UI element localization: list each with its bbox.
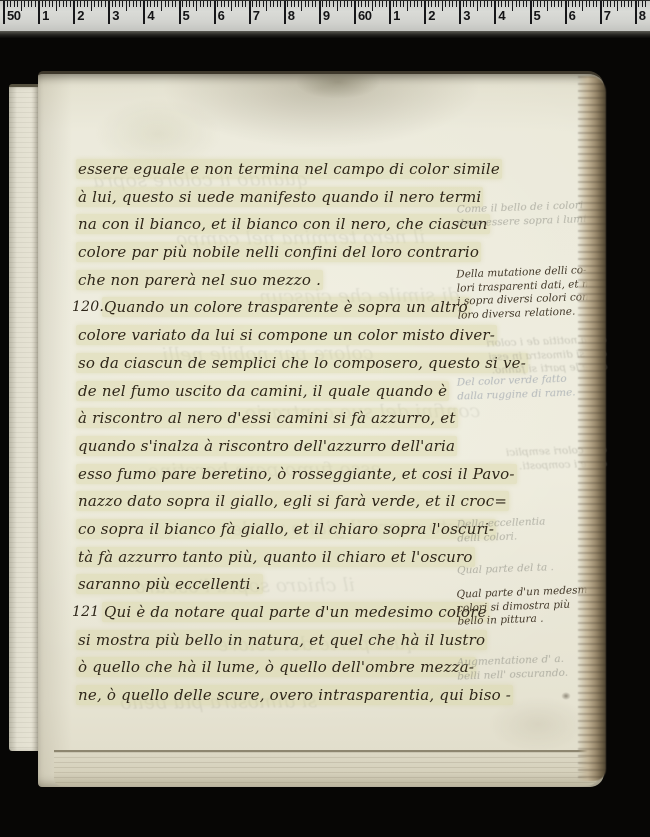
ruler-mm-tick: [133, 1, 134, 7]
ruler-mm-tick: [508, 1, 509, 7]
ruler-mm-tick: [59, 1, 60, 7]
ruler-mm-tick: [361, 1, 362, 7]
ruler-mm-tick: [572, 1, 573, 7]
ruler-mm-tick: [645, 1, 646, 7]
ruler-number: 5: [183, 8, 190, 23]
ruler-mm-tick: [631, 1, 632, 7]
ruler-mm-tick: [140, 1, 141, 7]
ruler-mm-tick: [403, 1, 404, 7]
ruler-mm-tick: [207, 1, 208, 7]
ruler-cm-tick: [249, 1, 251, 24]
ruler-mm-tick: [568, 1, 569, 7]
ruler-cm-tick: [284, 1, 286, 24]
ruler-mm-tick: [322, 1, 323, 7]
ruler-mm-tick: [238, 1, 239, 7]
manuscript-line: ne, ò quello delle scure, overo intraspa…: [76, 682, 484, 710]
ruler-cm-tick: [108, 1, 110, 24]
ruler-mm-tick: [277, 1, 278, 7]
ruler-number: 6: [218, 8, 225, 23]
ruler-mm-tick: [301, 1, 302, 11]
manuscript-line-text: si mostra più bello in natura, et quel c…: [76, 630, 487, 650]
ruler-mm-tick: [31, 1, 32, 7]
manuscript-line: quando s'inalza à riscontro dell'azzurro…: [76, 433, 484, 461]
ruler-mm-tick: [466, 1, 467, 7]
ruler-cm-tick: [354, 1, 356, 24]
ruler-mm-tick: [329, 1, 330, 7]
ruler-mm-tick: [414, 1, 415, 7]
ruler-mm-tick: [154, 1, 155, 7]
ruler-mm-tick: [628, 1, 629, 7]
ruler-mm-tick: [561, 1, 562, 7]
ruler-mm-tick: [147, 1, 148, 7]
ruler-mm-tick: [537, 1, 538, 7]
ruler-mm-tick: [298, 1, 299, 7]
ruler-mm-tick: [417, 1, 418, 7]
ruler-mm-tick: [49, 1, 50, 7]
manuscript-line: co sopra il bianco fà giallo, et il chia…: [76, 516, 484, 544]
ruler-mm-tick: [305, 1, 306, 7]
ruler-number: 2: [77, 8, 84, 23]
manuscript-line: ò quello che hà il lume, ò quello dell'o…: [76, 654, 484, 682]
ruler-mm-tick: [242, 1, 243, 7]
ruler-mm-tick: [449, 1, 450, 7]
ruler-cm-tick: [319, 1, 321, 24]
ruler-mm-tick: [10, 1, 11, 7]
ruler-mm-tick: [575, 1, 576, 7]
ruler-mm-tick: [386, 1, 387, 7]
ruler-mm-tick: [491, 1, 492, 7]
ruler-cm-tick: [38, 1, 40, 24]
manuscript-line-text: essere eguale e non termina nel campo di…: [76, 159, 502, 179]
ruler-mm-tick: [480, 1, 481, 7]
manuscript-line-text: colore variato da lui si compone un colo…: [76, 325, 497, 345]
ruler-mm-tick: [614, 1, 615, 7]
ruler-mm-tick: [519, 1, 520, 7]
ruler-cm-tick: [600, 1, 602, 24]
manuscript-line: saranno più eccellenti .: [76, 571, 484, 599]
ruler-mm-tick: [273, 1, 274, 7]
ruler-mm-tick: [112, 1, 113, 7]
ruler-mm-tick: [593, 1, 594, 7]
manuscript-line-text: che non parerà nel suo mezzo .: [76, 270, 323, 290]
ruler-mm-tick: [87, 1, 88, 7]
manuscript-line-text: Qui è da notare qual parte d'un medesimo…: [102, 602, 489, 622]
ruler-number: 4: [147, 8, 154, 23]
ruler-cm-tick: [73, 1, 75, 24]
ruler-mm-tick: [589, 1, 590, 7]
ruler-mm-tick: [136, 1, 137, 7]
ruler-mm-tick: [245, 1, 246, 7]
ruler-mm-tick: [228, 1, 229, 7]
ruler-mm-tick: [150, 1, 151, 7]
ruler-mm-tick: [382, 1, 383, 7]
manuscript-text-block: essere eguale e non termina nel campo di…: [76, 156, 484, 710]
ruler-mm-tick: [431, 1, 432, 7]
ruler-cm-tick: [494, 1, 496, 24]
manuscript-line: colore par più nobile nelli confini del …: [76, 239, 484, 267]
ruler-mm-tick: [452, 1, 453, 7]
ruler-mm-tick: [445, 1, 446, 7]
ruler-mm-tick: [372, 1, 373, 11]
ruler-mm-tick: [294, 1, 295, 7]
ruler-cm-tick: [214, 1, 216, 24]
ruler-mm-tick: [70, 1, 71, 7]
manuscript-line-text: à lui, questo si uede manifesto quando i…: [76, 187, 483, 207]
ruler-mm-tick: [456, 1, 457, 7]
ruler-mm-tick: [421, 1, 422, 7]
manuscript-line-text: colore par più nobile nelli confini del …: [76, 242, 481, 262]
ruler-mm-tick: [256, 1, 257, 7]
ruler-mm-tick: [547, 1, 548, 11]
ruler-mm-tick: [596, 1, 597, 7]
ruler-number: 1: [393, 8, 400, 23]
ruler-mm-tick: [484, 1, 485, 7]
ruler-mm-tick: [407, 1, 408, 11]
ruler-mm-tick: [161, 1, 162, 11]
manuscript-line-text: nazzo dato sopra il giallo, egli si farà…: [76, 491, 509, 511]
manuscript-line: de nel fumo uscito da camini, il quale q…: [76, 378, 484, 406]
ruler-cm-tick: [635, 1, 637, 24]
ruler-mm-tick: [586, 1, 587, 7]
ruler-number: 9: [323, 8, 330, 23]
ruler-mm-tick: [252, 1, 253, 7]
ruler-mm-tick: [410, 1, 411, 7]
ruler-mm-tick: [393, 1, 394, 7]
ruler-mm-tick: [119, 1, 120, 7]
ruler-mm-tick: [270, 1, 271, 7]
ruler-mm-tick: [203, 1, 204, 7]
ruler-mm-tick: [396, 1, 397, 7]
ruler-number: 2: [428, 8, 435, 23]
ruler-mm-tick: [624, 1, 625, 7]
manuscript-line: 120.Quando un colore trasparente è sopra…: [76, 294, 484, 322]
manuscript-line-text: ò quello che hà il lume, ò quello dell'o…: [76, 657, 476, 677]
ruler-mm-tick: [540, 1, 541, 7]
ruler-mm-tick: [365, 1, 366, 7]
facing-page-edge: [9, 84, 41, 751]
ruler-mm-tick: [582, 1, 583, 11]
ruler-mm-tick: [512, 1, 513, 11]
ruler-mm-tick: [337, 1, 338, 11]
ruler-mm-tick: [610, 1, 611, 7]
manuscript-line: 121Qui è da notare qual parte d'un medes…: [76, 599, 484, 627]
ruler-mm-tick: [115, 1, 116, 7]
ruler-number: 8: [288, 8, 295, 23]
ruler-mm-tick: [621, 1, 622, 7]
ruler-mm-tick: [165, 1, 166, 7]
ruler-mm-tick: [14, 1, 15, 7]
ruler-mm-tick: [554, 1, 555, 7]
ruler-mm-tick: [400, 1, 401, 7]
ruler-cm-tick: [3, 1, 5, 24]
ruler-mm-tick: [473, 1, 474, 7]
ruler-number: 3: [112, 8, 119, 23]
ruler-mm-tick: [235, 1, 236, 7]
manuscript-line: essere eguale e non termina nel campo di…: [76, 156, 484, 184]
ruler-mm-tick: [189, 1, 190, 7]
ruler-mm-tick: [558, 1, 559, 7]
ruler-mm-tick: [126, 1, 127, 11]
ruler-number: 4: [498, 8, 505, 23]
manuscript-line: nazzo dato sopra il giallo, egli si farà…: [76, 488, 484, 516]
ruler-mm-tick: [28, 1, 29, 7]
manuscript-line-text: Quando un colore trasparente è sopra un …: [102, 297, 470, 317]
ruler-mm-tick: [221, 1, 222, 7]
ruler-mm-tick: [24, 1, 25, 7]
ruler-cm-tick: [389, 1, 391, 24]
deckle-edge: [578, 76, 606, 781]
ruler-mm-tick: [94, 1, 95, 7]
ruler-mm-tick: [17, 1, 18, 7]
ruler-mm-tick: [368, 1, 369, 7]
ruler-mm-tick: [505, 1, 506, 7]
ruler-mm-tick: [579, 1, 580, 7]
ruler-mm-tick: [463, 1, 464, 7]
manuscript-line: à lui, questo si uede manifesto quando i…: [76, 184, 484, 212]
manuscript-line-text: ne, ò quello delle scure, overo intraspa…: [76, 685, 513, 705]
paragraph-number: 121: [72, 599, 99, 627]
ruler-number: 50: [7, 8, 20, 23]
ruler-mm-tick: [315, 1, 316, 7]
ruler-mm-tick: [259, 1, 260, 7]
manuscript-line-text: saranno più eccellenti .: [76, 574, 263, 594]
ruler-mm-tick: [428, 1, 429, 7]
manuscript-line-text: à riscontro al nero d'essi camini si fà …: [76, 408, 458, 428]
ruler-mm-tick: [63, 1, 64, 7]
ruler-mm-tick: [379, 1, 380, 7]
ruler-mm-tick: [231, 1, 232, 11]
ruler-mm-tick: [101, 1, 102, 7]
ruler-mm-tick: [7, 1, 8, 7]
ruler-number: 7: [253, 8, 260, 23]
ruler-mm-tick: [224, 1, 225, 7]
ruler-mm-tick: [603, 1, 604, 7]
manuscript-line-text: tà fà azzurro tanto più, quanto il chiar…: [76, 547, 475, 567]
ruler-mm-tick: [347, 1, 348, 7]
manuscript-line: à riscontro al nero d'essi camini si fà …: [76, 405, 484, 433]
ruler-mm-tick: [200, 1, 201, 7]
ruler-number: 6: [569, 8, 576, 23]
manuscript-line: che non parerà nel suo mezzo .: [76, 267, 484, 295]
ruler-mm-tick: [280, 1, 281, 7]
ruler-mm-tick: [438, 1, 439, 7]
manuscript-line: esso fumo pare beretino, ò rosseggiante,…: [76, 461, 484, 489]
ruler-mm-tick: [516, 1, 517, 7]
ruler-cm-tick: [459, 1, 461, 24]
ruler-mm-tick: [122, 1, 123, 7]
ruler-mm-tick: [77, 1, 78, 7]
ruler-mm-tick: [642, 1, 643, 7]
ruler-mm-tick: [172, 1, 173, 7]
ruler-mm-tick: [263, 1, 264, 7]
ruler-mm-tick: [157, 1, 158, 7]
ruler-cm-tick: [179, 1, 181, 24]
ruler-mm-tick: [617, 1, 618, 11]
ruler-number: 3: [463, 8, 470, 23]
ruler-mm-tick: [607, 1, 608, 7]
ruler-mm-tick: [544, 1, 545, 7]
ruler-mm-tick: [91, 1, 92, 11]
ruler-mm-tick: [638, 1, 639, 7]
ruler-mm-tick: [526, 1, 527, 7]
ruler-mm-tick: [470, 1, 471, 7]
ruler-mm-tick: [105, 1, 106, 7]
ruler-mm-tick: [442, 1, 443, 11]
ruler-mm-tick: [266, 1, 267, 11]
manuscript-line: so da ciascun de semplici che lo compose…: [76, 350, 484, 378]
ruler-mm-tick: [533, 1, 534, 7]
ruler-mm-tick: [487, 1, 488, 7]
ruler-mm-tick: [523, 1, 524, 7]
ruler-mm-tick: [66, 1, 67, 7]
ruler-mm-tick: [21, 1, 22, 11]
manuscript-line: tà fà azzurro tanto più, quanto il chiar…: [76, 544, 484, 572]
manuscript-line-text: na con il bianco, et il bianco con il ne…: [76, 214, 490, 234]
ruler-mm-tick: [551, 1, 552, 7]
ruler-mm-tick: [291, 1, 292, 7]
manuscript-line: si mostra più bello in natura, et quel c…: [76, 627, 484, 655]
ruler-mm-tick: [308, 1, 309, 7]
ruler-mm-tick: [358, 1, 359, 7]
ruler-number: 60: [358, 8, 371, 23]
ruler-number: 8: [639, 8, 646, 23]
manuscript-line: na con il bianco, et il bianco con il ne…: [76, 211, 484, 239]
ruler-mm-tick: [312, 1, 313, 7]
ruler-mm-tick: [193, 1, 194, 7]
ruler-cm-tick: [530, 1, 532, 24]
manuscript-line-text: quando s'inalza à riscontro dell'azzurro…: [76, 436, 457, 456]
ruler-number: 1: [42, 8, 49, 23]
ruler-cm-tick: [143, 1, 145, 24]
ruler-mm-tick: [186, 1, 187, 7]
ruler-mm-tick: [351, 1, 352, 7]
ruler-mm-tick: [287, 1, 288, 7]
ruler-mm-tick: [333, 1, 334, 7]
ruler-mm-tick: [84, 1, 85, 7]
ruler-mm-tick: [56, 1, 57, 11]
ruler-mm-tick: [340, 1, 341, 7]
ruler-number: 7: [604, 8, 611, 23]
ruler-mm-tick: [196, 1, 197, 11]
ruler-mm-tick: [344, 1, 345, 7]
ruler-mm-tick: [210, 1, 211, 7]
ruler-mm-tick: [175, 1, 176, 7]
manuscript-line-text: de nel fumo uscito da camini, il quale q…: [76, 381, 449, 401]
manuscript-line: colore variato da lui si compone un colo…: [76, 322, 484, 350]
ruler-mm-tick: [129, 1, 130, 7]
ruler-mm-tick: [42, 1, 43, 7]
ruler-mm-tick: [45, 1, 46, 7]
ruler-mm-tick: [80, 1, 81, 7]
ruler-mm-tick: [35, 1, 36, 7]
photo-stage: 501234567896012345678 quando il colore s…: [0, 0, 650, 837]
manuscript-page: quando il colore soprail nero termina ne…: [38, 71, 604, 787]
ruler-mm-tick: [501, 1, 502, 7]
ruler-cm-tick: [424, 1, 426, 24]
ruler-mm-tick: [435, 1, 436, 7]
ruler: 501234567896012345678: [0, 0, 650, 31]
ruler-mm-tick: [477, 1, 478, 11]
ruler-mm-tick: [375, 1, 376, 7]
ruler-mm-tick: [217, 1, 218, 7]
ruler-mm-tick: [326, 1, 327, 7]
ruler-mm-tick: [98, 1, 99, 7]
ruler-mm-tick: [182, 1, 183, 7]
manuscript-line-text: co sopra il bianco fà giallo, et il chia…: [76, 519, 496, 539]
page-stack-bottom-edge: [54, 750, 600, 786]
ruler-number: 5: [534, 8, 541, 23]
ruler-mm-tick: [52, 1, 53, 7]
ruler-cm-tick: [565, 1, 567, 24]
paragraph-number: 120.: [72, 294, 104, 322]
manuscript-line-text: esso fumo pare beretino, ò rosseggiante,…: [76, 464, 517, 484]
ruler-mm-tick: [168, 1, 169, 7]
ruler-mm-tick: [498, 1, 499, 7]
